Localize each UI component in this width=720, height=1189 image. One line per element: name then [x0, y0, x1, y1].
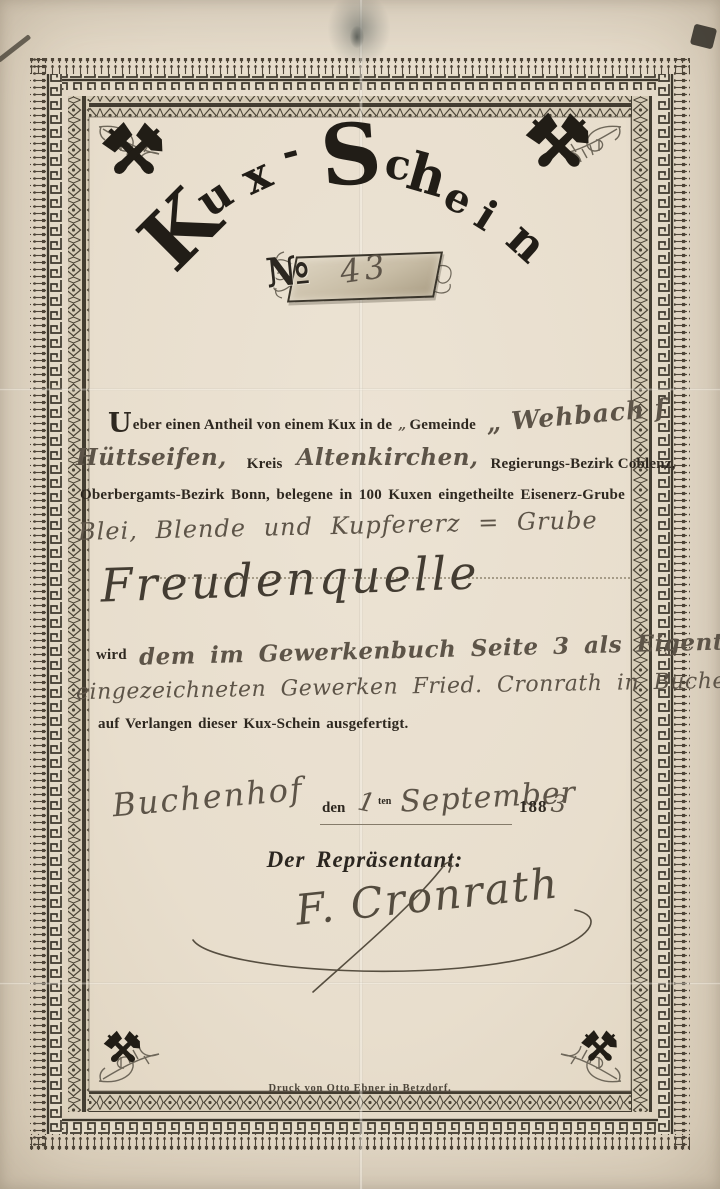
- crossed-hammers-icon-bottom-left: [102, 1029, 146, 1069]
- signature-block: F. Cronrath: [155, 858, 625, 998]
- body-line-2: Hüttseifen,KreisAltenkirchen,Regierungs-…: [76, 447, 676, 474]
- corner-flourish-icon-bottom-right: [561, 1046, 621, 1082]
- printed-text-den: den: [322, 800, 345, 817]
- printed-text-regbezirk: Regierungs-Bezirk Coblenz,: [490, 456, 675, 472]
- number-label: №: [264, 246, 312, 297]
- horizontal-fold-crease-upper: [0, 388, 720, 391]
- printed-text-gemeinde: Gemeinde: [409, 417, 476, 433]
- number-value: 43: [338, 247, 392, 291]
- body-line-1: Ueber einen Antheil von einem Kux in de„…: [108, 406, 667, 435]
- drop-cap-initial: U: [108, 408, 132, 439]
- title-letter: -: [277, 131, 303, 174]
- title-letter: x: [236, 152, 278, 203]
- title-letter: i: [468, 194, 504, 238]
- printer-imprint: Druck von Otto Ebner in Betzdorf.: [0, 1083, 720, 1094]
- printed-text-year: 188: [519, 797, 548, 817]
- body-line-6: wirddem im Gewerkenbuch Seite 3 als Eige…: [96, 638, 720, 665]
- body-line-8: auf Verlangen dieser Kux-Schein ausgefer…: [98, 716, 408, 733]
- certificate-page: Kux-Schein № 43 Ueber einen Antheil von …: [0, 0, 720, 1189]
- printed-text-wird: wird: [96, 647, 127, 663]
- title-letter: n: [499, 214, 555, 271]
- printed-text-kreis: Kreis: [247, 456, 283, 472]
- printed-text-ten-suffix: ten: [378, 796, 391, 807]
- title-letter: S: [318, 111, 384, 199]
- hand-entry-year-digit: 3: [550, 789, 568, 818]
- hand-entry-huettseifen: Hüttseifen,: [76, 444, 227, 471]
- corner-flourish-icon-bottom-left: [99, 1046, 159, 1082]
- hand-entry-altenkirchen: Altenkirchen,: [297, 444, 479, 471]
- printed-text-1: eber einen Antheil von einem Kux in de: [133, 417, 392, 433]
- number-cartouche: № 43: [262, 246, 462, 310]
- hand-ditto-mark: „: [398, 417, 406, 433]
- dateline-rule: [320, 824, 512, 825]
- body-line-3: Oberbergamts-Bezirk Bonn, belegene in 10…: [80, 487, 625, 504]
